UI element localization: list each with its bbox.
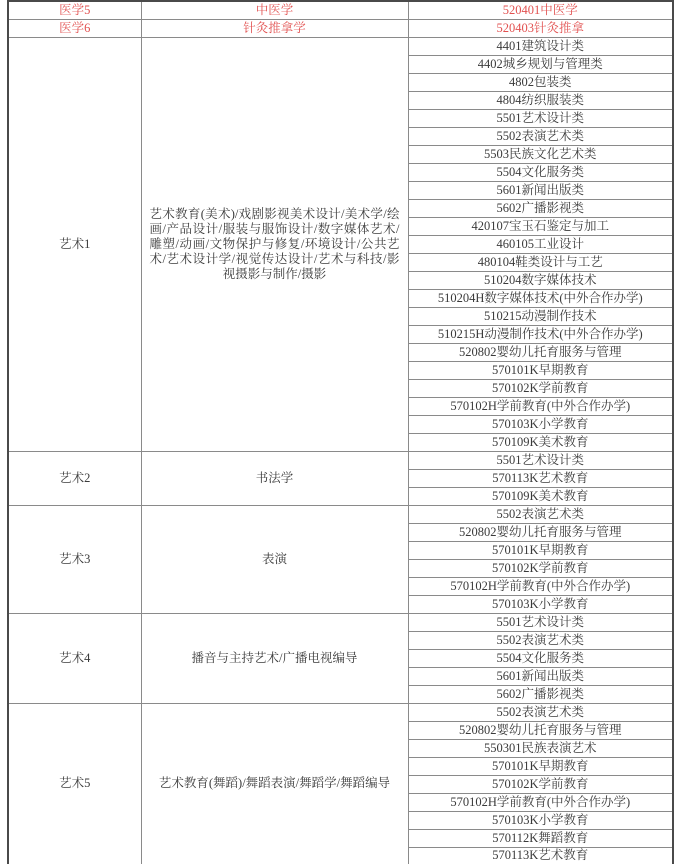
majors-cell: 播音与主持艺术/广播电视编导: [141, 613, 408, 703]
code-cell: 5503民族文化艺术类: [408, 145, 673, 163]
table-row: 医学5中医学520401中医学: [8, 1, 673, 19]
category-cell: 艺术1: [8, 37, 141, 451]
category-cell: 艺术4: [8, 613, 141, 703]
code-cell: 570112K舞蹈教育: [408, 829, 673, 847]
code-cell: 5504文化服务类: [408, 649, 673, 667]
code-cell: 570102H学前教育(中外合作办学): [408, 793, 673, 811]
category-cell: 艺术2: [8, 451, 141, 505]
code-cell: 5602广播影视类: [408, 199, 673, 217]
code-cell: 570103K小学教育: [408, 595, 673, 613]
table-row: 医学6针灸推拿学520403针灸推拿: [8, 19, 673, 37]
majors-cell: 表演: [141, 505, 408, 613]
code-cell: 5602广播影视类: [408, 685, 673, 703]
table-row: 艺术1艺术教育(美术)/戏剧影视美术设计/美术学/绘画/产品设计/服装与服饰设计…: [8, 37, 673, 55]
code-cell: 510204数字媒体技术: [408, 271, 673, 289]
code-cell: 5501艺术设计类: [408, 109, 673, 127]
code-cell: 5601新闻出版类: [408, 667, 673, 685]
code-cell: 4401建筑设计类: [408, 37, 673, 55]
code-cell: 570113K艺术教育: [408, 847, 673, 864]
majors-cell: 针灸推拿学: [141, 19, 408, 37]
code-cell: 4402城乡规划与管理类: [408, 55, 673, 73]
code-cell: 550301民族表演艺术: [408, 739, 673, 757]
code-cell: 460105工业设计: [408, 235, 673, 253]
code-cell: 5502表演艺术类: [408, 631, 673, 649]
code-cell: 4804纺织服装类: [408, 91, 673, 109]
majors-table: 医学5中医学520401中医学医学6针灸推拿学520403针灸推拿艺术1艺术教育…: [7, 0, 674, 864]
table-row: 艺术2书法学5501艺术设计类: [8, 451, 673, 469]
code-cell: 570103K小学教育: [408, 811, 673, 829]
code-cell: 570101K早期教育: [408, 757, 673, 775]
code-cell: 570102K学前教育: [408, 379, 673, 397]
code-cell: 520401中医学: [408, 1, 673, 19]
code-cell: 480104鞋类设计与工艺: [408, 253, 673, 271]
table-row: 艺术5艺术教育(舞蹈)/舞蹈表演/舞蹈学/舞蹈编导5502表演艺术类: [8, 703, 673, 721]
category-cell: 医学6: [8, 19, 141, 37]
code-cell: 520403针灸推拿: [408, 19, 673, 37]
code-cell: 570102H学前教育(中外合作办学): [408, 577, 673, 595]
code-cell: 570102K学前教育: [408, 775, 673, 793]
category-cell: 艺术3: [8, 505, 141, 613]
code-cell: 570102H学前教育(中外合作办学): [408, 397, 673, 415]
code-cell: 570102K学前教育: [408, 559, 673, 577]
code-cell: 570101K早期教育: [408, 361, 673, 379]
code-cell: 510204H数字媒体技术(中外合作办学): [408, 289, 673, 307]
code-cell: 570113K艺术教育: [408, 469, 673, 487]
table-row: 艺术3表演5502表演艺术类: [8, 505, 673, 523]
table-body: 医学5中医学520401中医学医学6针灸推拿学520403针灸推拿艺术1艺术教育…: [8, 1, 673, 864]
table-row: 艺术4播音与主持艺术/广播电视编导5501艺术设计类: [8, 613, 673, 631]
code-cell: 5502表演艺术类: [408, 703, 673, 721]
code-cell: 520802婴幼儿托育服务与管理: [408, 523, 673, 541]
code-cell: 570109K美术教育: [408, 487, 673, 505]
code-cell: 5504文化服务类: [408, 163, 673, 181]
majors-cell: 中医学: [141, 1, 408, 19]
code-cell: 570103K小学教育: [408, 415, 673, 433]
code-cell: 5501艺术设计类: [408, 613, 673, 631]
majors-cell: 艺术教育(舞蹈)/舞蹈表演/舞蹈学/舞蹈编导: [141, 703, 408, 864]
code-cell: 5502表演艺术类: [408, 505, 673, 523]
code-cell: 510215动漫制作技术: [408, 307, 673, 325]
code-cell: 510215H动漫制作技术(中外合作办学): [408, 325, 673, 343]
majors-cell: 艺术教育(美术)/戏剧影视美术设计/美术学/绘画/产品设计/服装与服饰设计/数字…: [141, 37, 408, 451]
code-cell: 5502表演艺术类: [408, 127, 673, 145]
code-cell: 420107宝玉石鉴定与加工: [408, 217, 673, 235]
code-cell: 520802婴幼儿托育服务与管理: [408, 721, 673, 739]
category-cell: 艺术5: [8, 703, 141, 864]
document-page: 医学5中医学520401中医学医学6针灸推拿学520403针灸推拿艺术1艺术教育…: [0, 0, 680, 864]
majors-cell: 书法学: [141, 451, 408, 505]
code-cell: 570109K美术教育: [408, 433, 673, 451]
category-cell: 医学5: [8, 1, 141, 19]
code-cell: 5601新闻出版类: [408, 181, 673, 199]
code-cell: 5501艺术设计类: [408, 451, 673, 469]
code-cell: 570101K早期教育: [408, 541, 673, 559]
code-cell: 4802包装类: [408, 73, 673, 91]
code-cell: 520802婴幼儿托育服务与管理: [408, 343, 673, 361]
